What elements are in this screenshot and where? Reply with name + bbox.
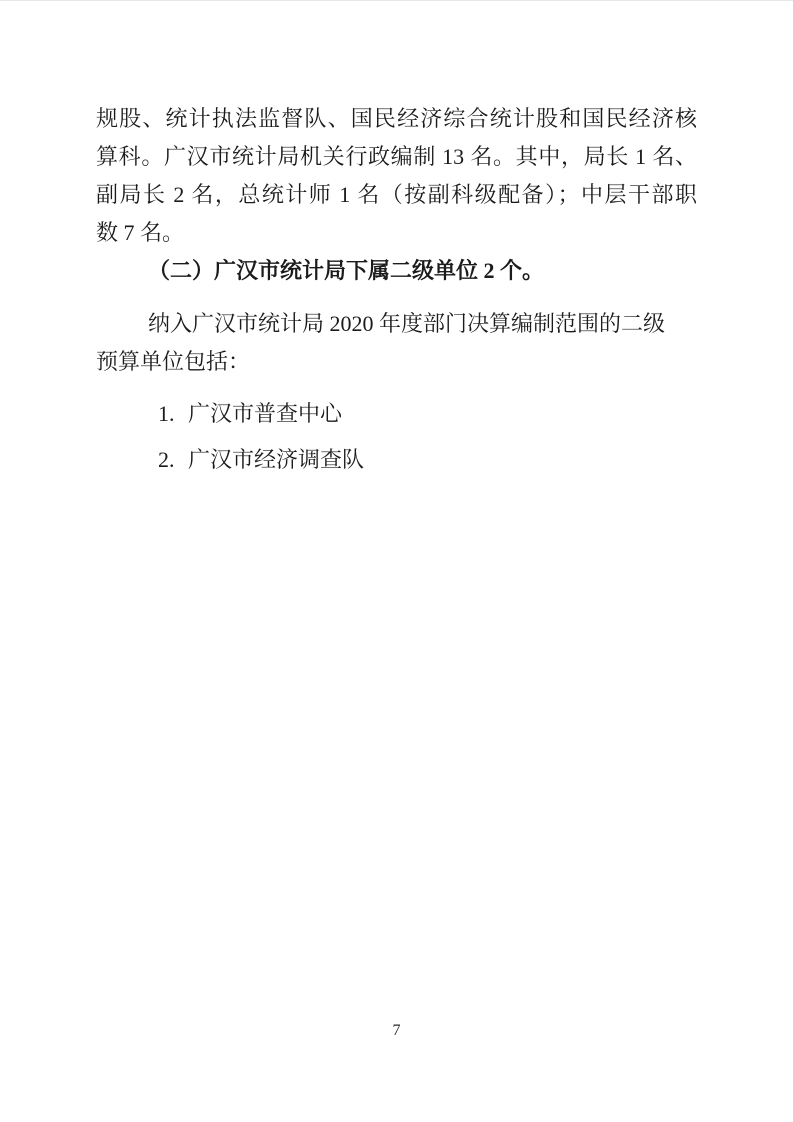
paragraph-line: 数 7 名。 <box>96 214 697 252</box>
paragraph-line: 算科。广汉市统计局机关行政编制 13 名。其中，局长 1 名、 <box>96 138 697 176</box>
list-item: 1.广汉市普查中心 <box>158 391 697 437</box>
paragraph-line: 纳入广汉市统计局 2020 年度部门决算编制范围的二级 <box>96 305 697 343</box>
page-content: 规股、统计执法监督队、国民经济综合统计股和国民经济核 算科。广汉市统计局机关行政… <box>96 100 697 483</box>
list-item: 2.广汉市经济调查队 <box>158 437 697 483</box>
list-item-number: 2. <box>158 437 188 483</box>
list-item-text: 广汉市经济调查队 <box>188 447 364 472</box>
paragraph-line: 预算单位包括： <box>96 343 697 381</box>
subunit-list: 1.广汉市普查中心 2.广汉市经济调查队 <box>96 391 697 483</box>
section-heading: （二）广汉市统计局下属二级单位 2 个。 <box>96 252 697 290</box>
document-page: 规股、统计执法监督队、国民经济综合统计股和国民经济核 算科。广汉市统计局机关行政… <box>0 0 793 1122</box>
paragraph-line: 副局长 2 名，总统计师 1 名（按副科级配备）；中层干部职 <box>96 176 697 214</box>
paragraph-line: 规股、统计执法监督队、国民经济综合统计股和国民经济核 <box>96 100 697 138</box>
list-item-text: 广汉市普查中心 <box>188 401 342 426</box>
intro-paragraph: 纳入广汉市统计局 2020 年度部门决算编制范围的二级 预算单位包括： <box>96 305 697 381</box>
body-paragraph: 规股、统计执法监督队、国民经济综合统计股和国民经济核 算科。广汉市统计局机关行政… <box>96 100 697 252</box>
page-number: 7 <box>0 1023 793 1039</box>
list-item-number: 1. <box>158 391 188 437</box>
